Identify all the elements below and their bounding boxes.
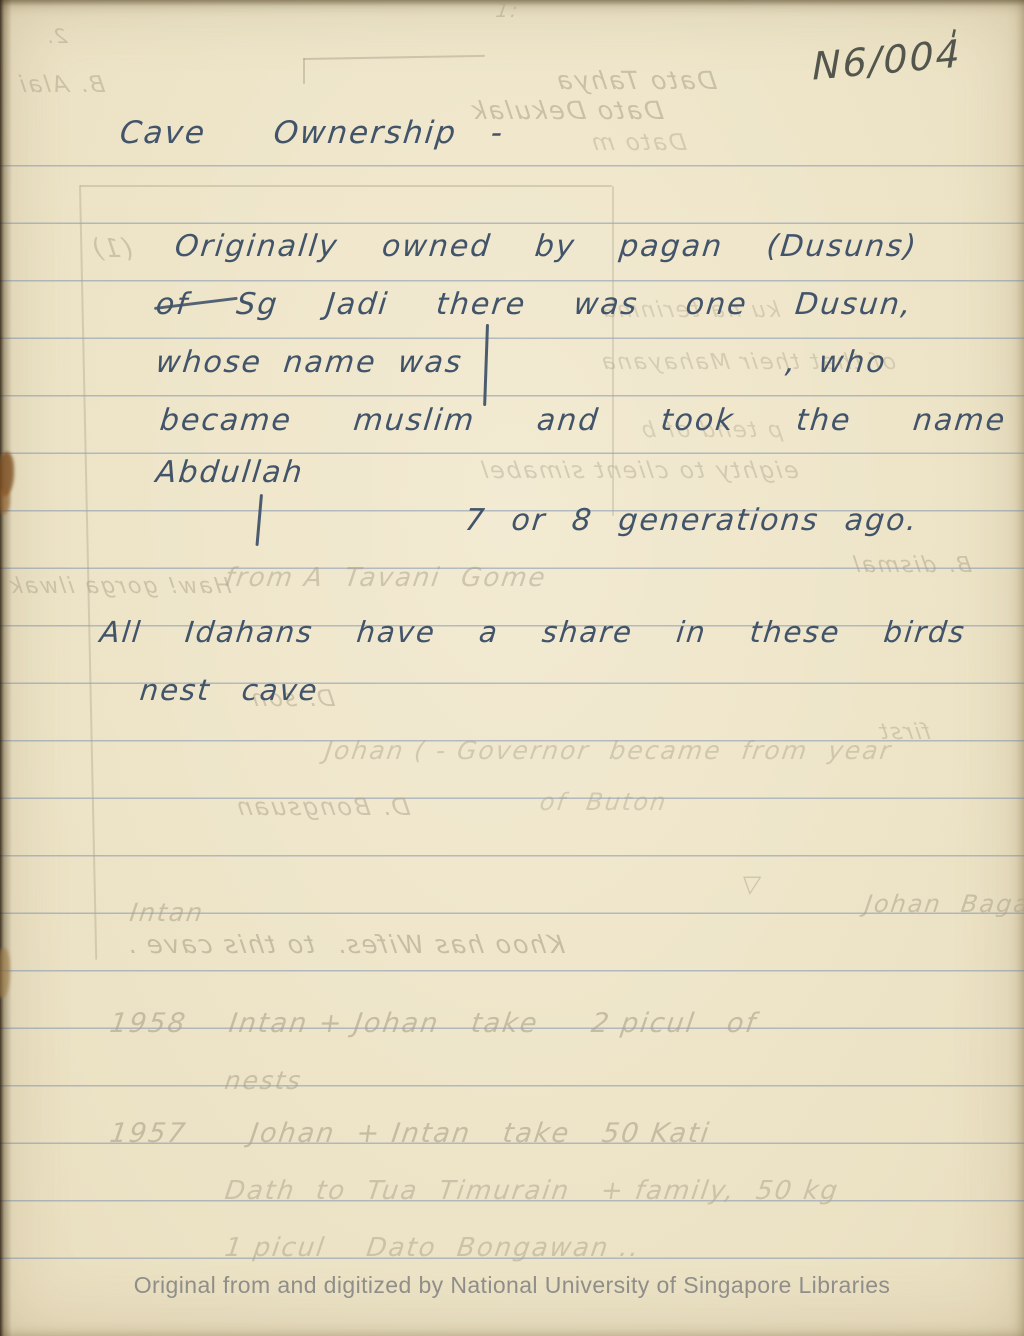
ink-line: nest cave <box>138 676 320 705</box>
ghost-bleedthrough-text: Johan ( - Governor became from year <box>323 738 894 763</box>
ghost-bleedthrough-text: Dath to Tua Timurain + family, 50 kg <box>223 1178 841 1204</box>
ink-line: whose name was , who <box>154 348 888 378</box>
ghost-bleedthrough-text: B. Alai <box>16 74 106 97</box>
ghost-bleedthrough-text: Haw! gorga ilwak <box>6 576 232 598</box>
pencil-line-mark <box>79 185 97 960</box>
ghost-bleedthrough-text: 1: <box>495 0 521 20</box>
ink-line: Abdullah <box>154 458 305 488</box>
ghost-bleedthrough-text: (1) <box>88 236 134 262</box>
ink-line: of Sg Jadi there was one Dusun, <box>154 290 914 320</box>
page-title: Cave Ownership - <box>118 118 505 149</box>
ghost-bleedthrough-text: Dato m <box>588 132 688 155</box>
left-edge-shadow <box>0 0 12 1336</box>
ink-line: Originally owned by pagan (Dusuns) <box>173 232 919 262</box>
ink-line: All Idahans have a share in these birds <box>98 618 967 647</box>
ghost-bleedthrough-text: of Buton <box>538 790 669 814</box>
ghost-bleedthrough-text: Intan <box>128 900 206 925</box>
ghost-bleedthrough-text: eighty to client simabel <box>478 460 800 483</box>
page-scan: 2.1:B. AlaiDato TahyaDato DekulakDato m(… <box>0 0 1024 1336</box>
ghost-bleedthrough-text: ▽ <box>740 872 764 896</box>
ghost-bleedthrough-text: 1 picul Dato Bongawan .. <box>223 1235 642 1261</box>
ghost-bleedthrough-text: from A Tavani Gome <box>223 565 548 591</box>
ghost-bleedthrough-text: nests <box>223 1068 304 1093</box>
pencil-line-mark <box>80 185 612 187</box>
ink-stroke-mark <box>255 494 262 546</box>
ghost-bleedthrough-text: Johan Bagak <box>863 892 1024 916</box>
ghost-bleedthrough-text: Khoo has Wifes. to this cave . <box>123 932 566 957</box>
ghost-bleedthrough-text: D. Bongsuan <box>233 795 411 819</box>
ghost-bleedthrough-text: Dato Tahya <box>553 68 718 93</box>
ghost-bleedthrough-text: 1958 Intan + Johan take 2 picul of <box>108 1010 759 1037</box>
ghost-bleedthrough-text: B. dismal <box>850 555 973 577</box>
footer-caption: Original from and digitized by National … <box>0 1272 1024 1299</box>
ghost-bleedthrough-text: 2. <box>43 26 69 46</box>
pencil-line-mark <box>303 55 485 60</box>
ruled-lines <box>0 165 1024 1261</box>
ink-line: became muslim and took the name <box>158 406 1007 436</box>
reference-number: N6/004 <box>812 31 962 88</box>
pencil-line-mark <box>303 58 305 84</box>
ghost-bleedthrough-text: 1957 Johan + Intan take 50 Kati <box>108 1120 712 1147</box>
ink-line: 7 or 8 generations ago. <box>463 506 919 536</box>
